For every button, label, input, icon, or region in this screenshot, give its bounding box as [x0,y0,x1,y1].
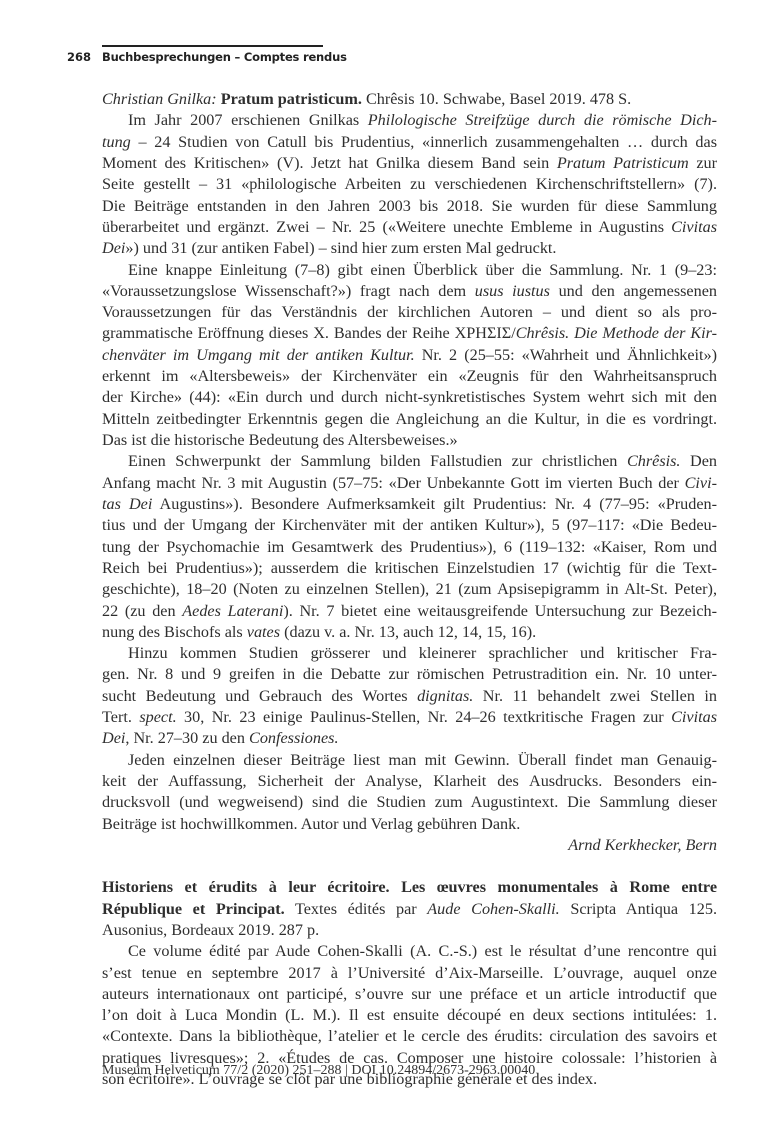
text-line: gen. Nr. 8 und 9 greifen in die Debatte … [102,664,717,685]
text-run: Im Jahr 2007 erschienen Gnilkas [128,111,368,129]
text-line: tas Dei Augustins»). Besondere Aufmerksa… [102,494,717,515]
text-line: erkennt im «Altersbeweis» der Kirchenvät… [102,366,717,387]
text-run: keit der Auffassung, Sicherheit der Anal… [102,772,717,790]
text-run: Nr. 2 (25–55: «Wahrheit und Ähnlichkeit»… [415,346,717,364]
text-line: Tert. spect. 30, Nr. 23 einige Paulinus-… [102,707,717,728]
review1-author: Christian Gnilka: [102,90,217,108]
text-run: geschichte), 18–20 (Noten zu einzelnen S… [102,580,717,598]
text-line: chenväter im Umgang mit der antiken Kult… [102,345,717,366]
text-run: und den angemessenen [550,282,717,300]
text-line: Historiens et érudits à leur écritoire. … [102,877,717,898]
text-run: Dei [102,239,125,257]
text-line: sucht Bedeutung und Gebrauch des Wortes … [102,686,717,707]
text-run: ). Nr. 7 bietet eine weitausgreifende Un… [283,602,717,620]
text-line: Mitteln zeitbedingter Erkenntnis gegen d… [102,409,717,430]
text-run: Die Beiträge entstanden in den Jahren 20… [102,197,717,215]
text-line: Einen Schwerpunkt der Sammlung bilden Fa… [102,451,717,472]
review1-signature: Arnd Kerkhecker, Bern [102,835,717,856]
text-run: vates [247,623,280,641]
text-run: Nr. 11 behandelt zwei Stellen in [473,687,717,705]
text-line: grammatische Eröffnung dieses X. Bandes … [102,323,717,344]
text-run: Beiträge ist hochwillkommen. Autor und V… [102,815,520,833]
text-run: Scripta Antiqua 125. [560,900,717,918]
text-run: Den [680,452,717,470]
text-run: Philologische Streifzüge durch die römis… [368,111,717,129]
text-run: tung [102,133,131,151]
text-line: 22 (zu den Aedes Laterani). Nr. 7 bietet… [102,601,717,622]
text-run: Chrêsis. [627,452,681,470]
text-run: Hinzu kommen Studien grösserer und klein… [128,644,717,662]
text-run: Voraussetzungen für das Verständnis der … [102,303,717,321]
text-line: Jeden einzelnen dieser Beiträge liest ma… [102,750,717,771]
review1-book-title: Pratum patristicum. [221,90,362,108]
text-run: Confessiones. [249,729,338,747]
text-line: nung des Bischofs als vates (dazu v. a. … [102,622,717,643]
text-run: Seite gestellt – 31 «philologische Arbei… [102,175,717,193]
text-line: l’on doit à Luca Mondin (L. M.). Il est … [102,1005,717,1026]
text-run: Civitas [671,708,717,726]
text-line: Die Beiträge entstanden in den Jahren 20… [102,196,717,217]
section-title: Buchbesprechungen – Comptes rendus [102,50,347,64]
text-run: Ce volume édité par Aude Cohen-Skalli (A… [128,942,717,960]
text-run: auteurs internationaux ont participé, s’… [102,985,717,1003]
text-run: Das ist die historische Bedeutung des Al… [102,431,458,449]
text-run: Aedes Laterani [182,602,283,620]
text-line: drucksvoll (und wegweisend) sind die Stu… [102,792,717,813]
text-run: , Nr. 27–30 zu den [125,729,249,747]
text-run: dignitas. [417,687,473,705]
review1-text: Im Jahr 2007 erschienen Gnilkas Philolog… [102,110,717,835]
text-run: Pratum Patristicum [557,154,689,172]
review-separator [102,856,717,877]
text-run: Textes édités par [285,900,428,918]
text-run: tius und der Umgang der Kirchenväter mit… [102,516,717,534]
text-run: drucksvoll (und wegweisend) sind die Stu… [102,793,717,811]
text-run: usus iustus [475,282,550,300]
text-line: tius und der Umgang der Kirchenväter mit… [102,515,717,536]
text-line: Ce volume édité par Aude Cohen-Skalli (A… [102,941,717,962]
text-run: ») und 31 (zur antiken Fabel) – sind hie… [125,239,556,257]
text-run: chenväter im Umgang mit der antiken Kult… [102,346,415,364]
text-line: Ausonius, Bordeaux 2019. 287 p. [102,920,717,941]
text-line: überarbeitet und ergänzt. Zwei – Nr. 25 … [102,217,717,238]
text-line: «Contexte. Dans la bibliothèque, l’ateli… [102,1026,717,1047]
text-run: Anfang macht Nr. 3 mit Augustin (57–75: … [102,474,685,492]
page-number: 268 [67,50,91,64]
text-line: Eine knappe Einleitung (7–8) gibt einen … [102,260,717,281]
text-line: République et Principat. Textes édités p… [102,899,717,920]
text-line: «Voraussetzungslose Wissenschaft?») frag… [102,281,717,302]
text-line: Anfang macht Nr. 3 mit Augustin (57–75: … [102,473,717,494]
text-run: Moment des Kritischen» (V). Jetzt hat Gn… [102,154,557,172]
text-run: Jeden einzelnen dieser Beiträge liest ma… [128,751,717,769]
text-run: «Contexte. Dans la bibliothèque, l’ateli… [102,1027,717,1045]
text-line: tung der Psychomachie im Gesamtwerk des … [102,537,717,558]
text-run: der Kirche» (44): «Ein durch und durch n… [102,388,717,406]
text-line: Dei, Nr. 27–30 zu den Confessiones. [102,728,717,749]
text-run: «Voraussetzungslose Wissenschaft?») frag… [102,282,475,300]
text-line: tung – 24 Studien von Catull bis Prudent… [102,132,717,153]
text-run: 22 (zu den [102,602,182,620]
text-run: nung des Bischofs als [102,623,247,641]
text-run: Dei [102,729,125,747]
text-line: Im Jahr 2007 erschienen Gnilkas Philolog… [102,110,717,131]
text-line: keit der Auffassung, Sicherheit der Anal… [102,771,717,792]
header-rule [102,45,323,47]
text-line: s’est tenue en septembre 2017 à l’Univer… [102,963,717,984]
text-run: Chrêsis. Die Methode der Kir- [516,324,717,342]
text-run: Eine knappe Einleitung (7–8) gibt einen … [128,261,717,279]
text-line: Moment des Kritischen» (V). Jetzt hat Gn… [102,153,717,174]
text-run: spect. [139,708,176,726]
text-line: geschichte), 18–20 (Noten zu einzelnen S… [102,579,717,600]
review2-text: Historiens et érudits à leur écritoire. … [102,877,717,1090]
text-run: Historiens et érudits à leur écritoire. … [102,878,717,896]
text-run: – 24 Studien von Catull bis Prudentius, … [131,133,717,151]
text-run: 30, Nr. 23 einige Paulinus-Stellen, Nr. … [177,708,672,726]
text-line: Beiträge ist hochwillkommen. Autor und V… [102,814,717,835]
text-line: Das ist die historische Bedeutung des Al… [102,430,717,451]
review1-heading: Christian Gnilka: Pratum patristicum. Ch… [102,89,717,110]
text-line: Dei») und 31 (zur antiken Fabel) – sind … [102,238,717,259]
text-run: (dazu v. a. Nr. 13, auch 12, 14, 15, 16)… [280,623,536,641]
text-run: République et Principat. [102,900,285,918]
text-run: Augustins»). Besondere Aufmerksamkeit gi… [152,495,717,513]
text-run: zur [689,154,717,172]
text-run: tas Dei [102,495,152,513]
text-run: Einen Schwerpunkt der Sammlung bilden Fa… [128,452,627,470]
page-body: Christian Gnilka: Pratum patristicum. Ch… [102,89,717,1090]
text-run: Civitas [671,218,717,236]
text-run: gen. Nr. 8 und 9 greifen in die Debatte … [102,665,717,683]
text-line: Seite gestellt – 31 «philologische Arbei… [102,174,717,195]
text-run: Tert. [102,708,139,726]
text-run: Aude Cohen-Skalli. [427,900,559,918]
text-run: s’est tenue en septembre 2017 à l’Univer… [102,964,717,982]
text-line: auteurs internationaux ont participé, s’… [102,984,717,1005]
text-line: Reich bei Prudentius»); ausserdem die kr… [102,558,717,579]
text-line: Hinzu kommen Studien grösserer und klein… [102,643,717,664]
text-line: der Kirche» (44): «Ein durch und durch n… [102,387,717,408]
text-run: l’on doit à Luca Mondin (L. M.). Il est … [102,1006,717,1024]
text-run: überarbeitet und ergänzt. Zwei – Nr. 25 … [102,218,671,236]
footer-citation: Museum Helveticum 77/2 (2020) 251–288 | … [102,1063,535,1079]
text-run: tung der Psychomachie im Gesamtwerk des … [102,538,717,556]
text-run: grammatische Eröffnung dieses X. Bandes … [102,324,516,342]
review1-book-details: Chrêsis 10. Schwabe, Basel 2019. 478 S. [366,90,631,108]
text-run: Ausonius, Bordeaux 2019. 287 p. [102,921,319,939]
text-run: erkennt im «Altersbeweis» der Kirchenvät… [102,367,717,385]
text-run: Civi- [685,474,717,492]
text-run: Mitteln zeitbedingter Erkenntnis gegen d… [102,410,717,428]
text-run: sucht Bedeutung und Gebrauch des Wortes [102,687,417,705]
text-line: Voraussetzungen für das Verständnis der … [102,302,717,323]
text-run: Reich bei Prudentius»); ausserdem die kr… [102,559,717,577]
